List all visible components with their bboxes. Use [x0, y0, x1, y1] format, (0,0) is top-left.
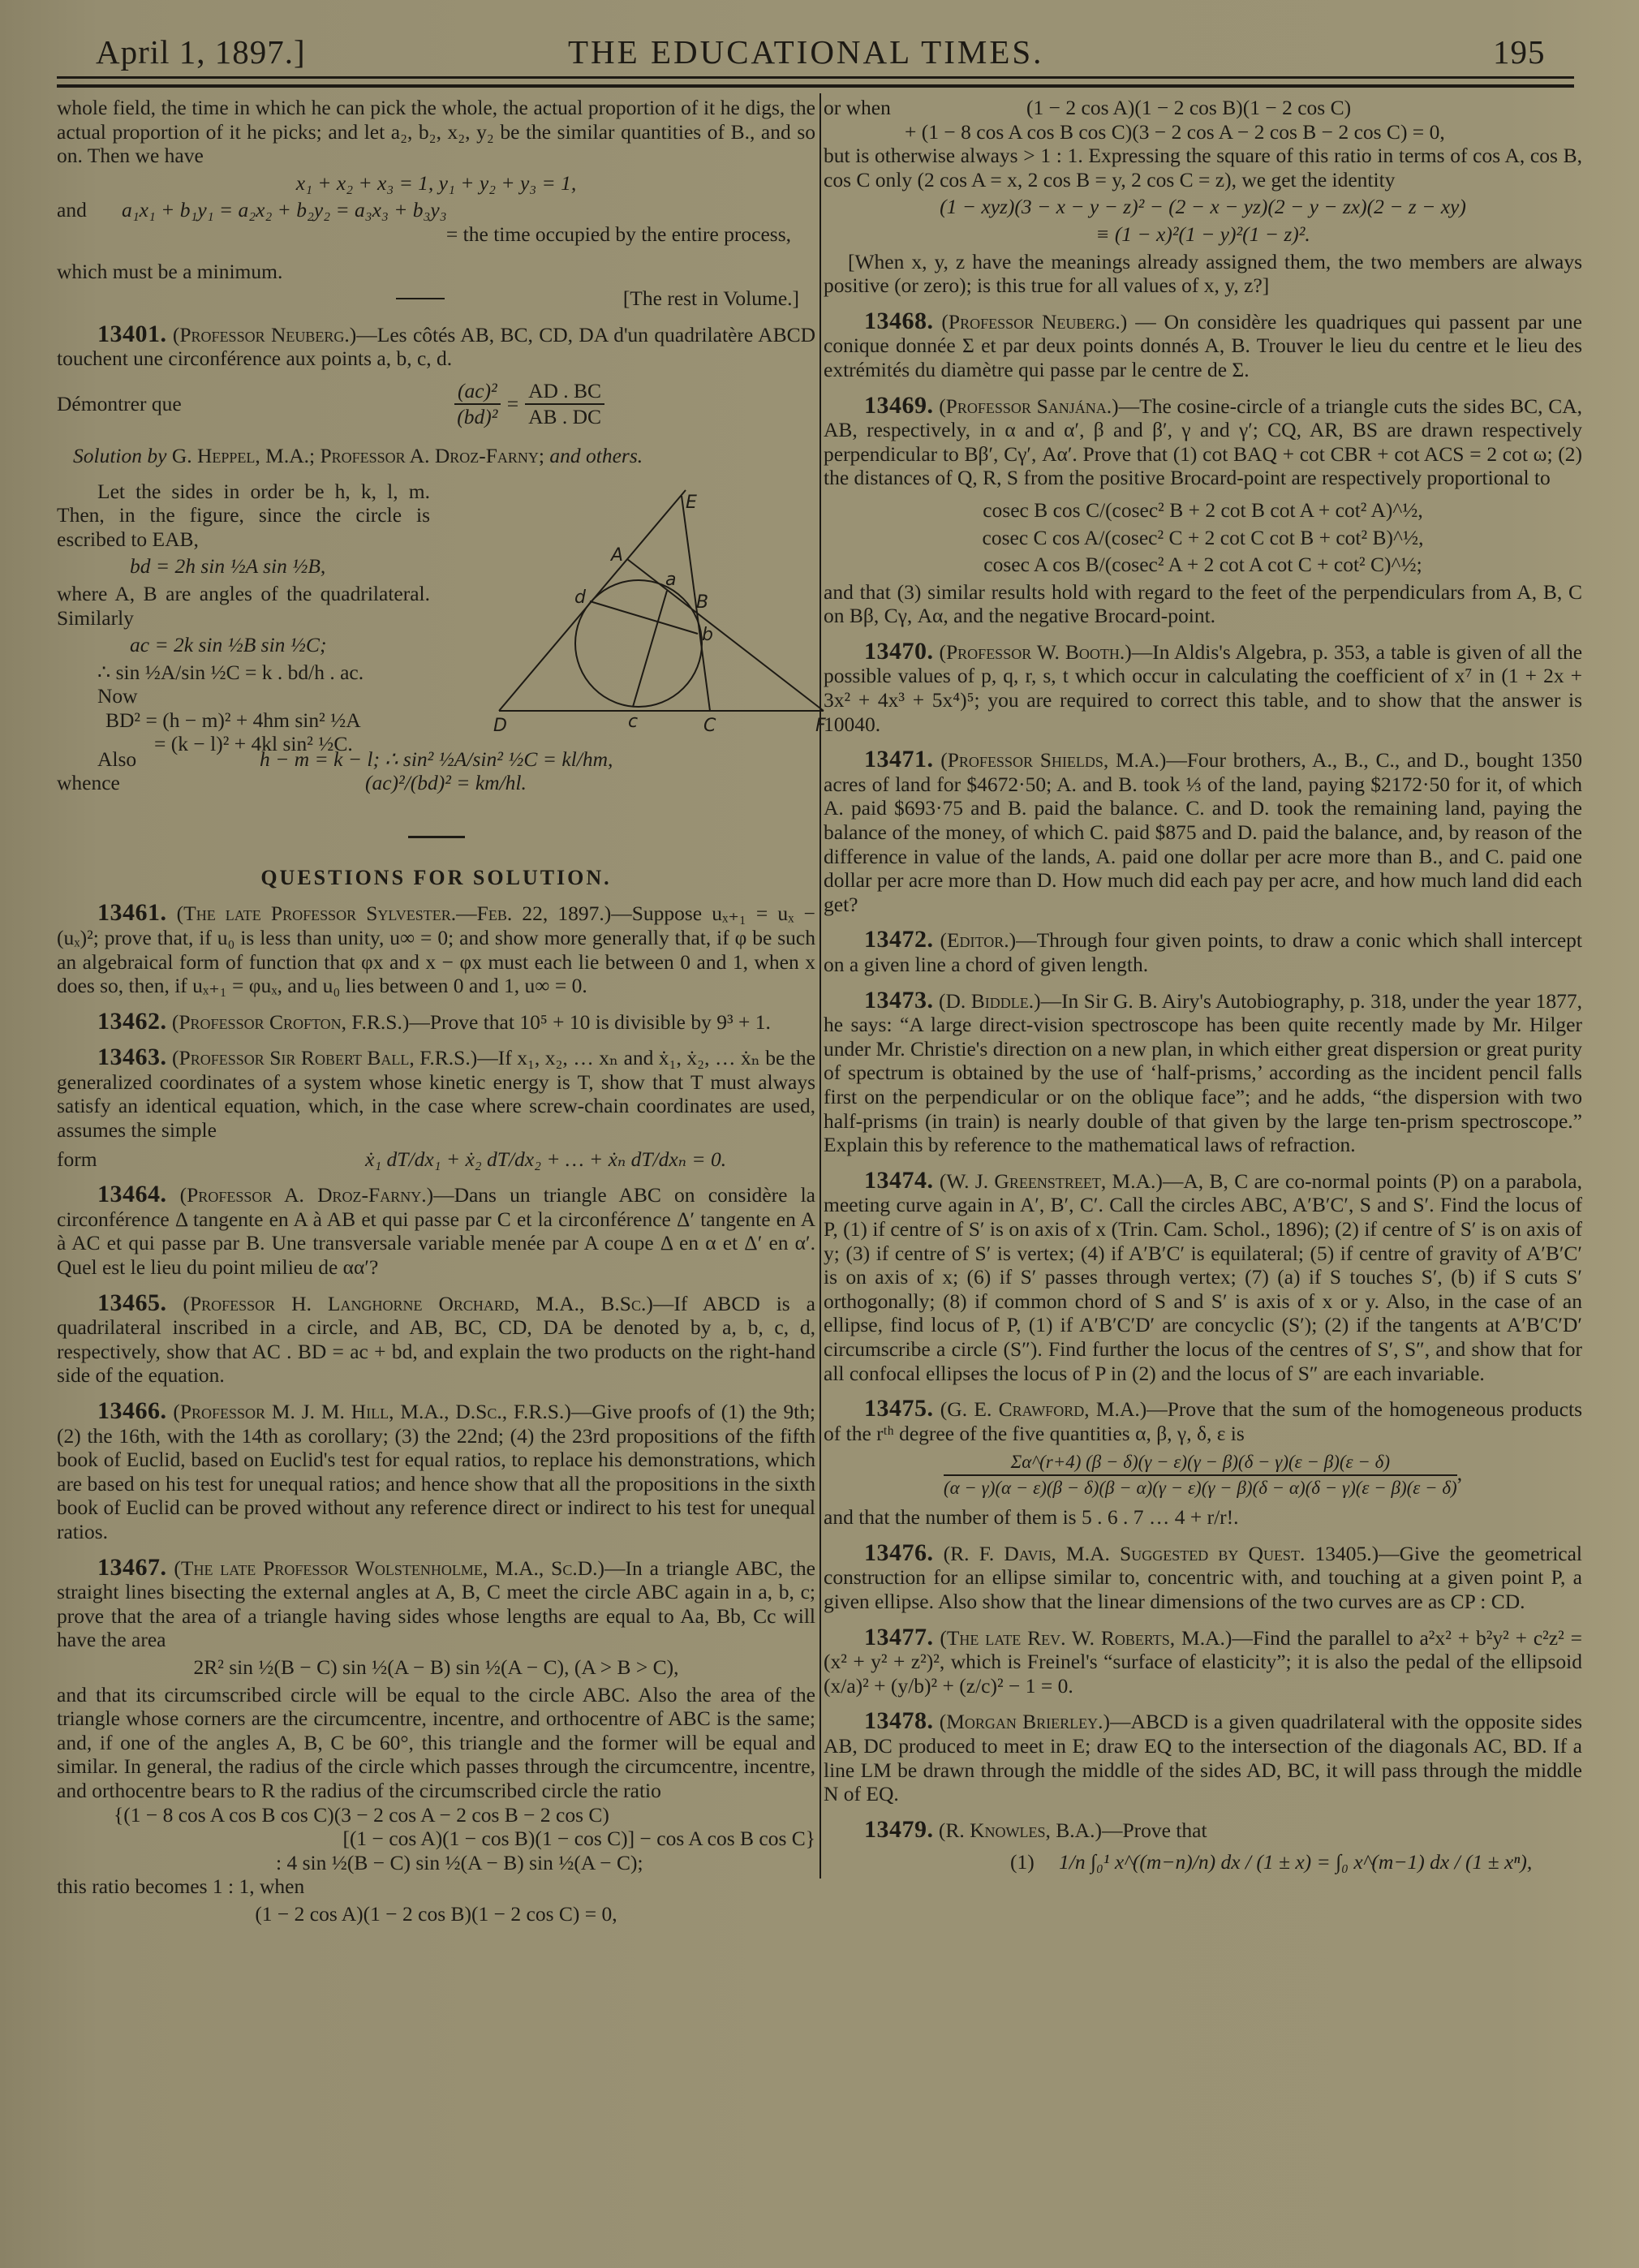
formula-label: Démontrer que [57, 392, 454, 416]
issue-date: April 1, 1897.] [96, 32, 306, 71]
question-13469: 13469. (Professor Sanjána.)—The cosine-c… [824, 394, 1582, 628]
question-13475: 13475. (G. E. Crawford, M.A.)—Prove that… [824, 1397, 1582, 1530]
right-column: or when (1 − 2 cos A)(1 − 2 cos B)(1 − 2… [824, 96, 1582, 1874]
bracket-note: [When x, y, z have the meanings already … [824, 250, 1582, 298]
question-13471: 13471. (Professor Shields, M.A.)—Four br… [824, 747, 1582, 916]
svg-text:B: B [696, 592, 708, 613]
svg-text:a: a [665, 570, 676, 590]
equation: a₁x₁ + b₁y₁ = a₂x₂ + b₂y₂ = a₃x₃ + b₃y₃ [122, 198, 447, 222]
equation-continuation: = the time occupied by the entire proces… [57, 222, 791, 247]
publication-title: THE EDUCATIONAL TIMES. [568, 32, 1043, 71]
question-13473: 13473. (D. Biddle.)—In Sir G. B. Airy's … [824, 988, 1582, 1157]
question-13465: 13465. (Professor H. Langhorne Orchard, … [57, 1291, 815, 1388]
question-13401: 13401. (Professor Neuberg.)—Les côtés AB… [57, 322, 815, 429]
question-13470: 13470. (Professor W. Booth.)—In Aldis's … [824, 639, 1582, 736]
column-divider [819, 93, 821, 1879]
equation-row: and a₁x₁ + b₁y₁ = a₂x₂ + b₂y₂ = a₃x₃ + b… [57, 198, 815, 222]
header-rule-thick [57, 84, 1574, 88]
equation-label: and [57, 198, 122, 222]
formula: ẋ₁ dT/dx₁ + ẋ₂ dT/dx₂ + … + ẋₙ dT/dxₙ = … [365, 1147, 726, 1172]
section-rule [408, 836, 465, 838]
question-text: —Les côtés AB, BC, CD, DA d'un quadrilat… [57, 323, 815, 371]
header-rule-thin [57, 76, 1574, 79]
equation: x₁ + x₂ + x₃ = 1, y₁ + y₂ + y₃ = 1, [57, 171, 815, 196]
question-number: 13401. [97, 321, 167, 347]
formula: 1/n ∫₀¹ x^((m−n)/n) dx / (1 ± x) = ∫₀ x^… [1059, 1850, 1532, 1874]
continued-paragraph: whole field, the time in which he can pi… [57, 96, 815, 168]
svg-text:D: D [493, 716, 507, 736]
equation-row: whence (ac)²/(bd)² = km/hl. [57, 771, 815, 795]
short-rule [396, 298, 445, 299]
geometry-figure: E A a d B b D c C F [454, 463, 828, 739]
question-13472: 13472. (Editor.)—Through four given poin… [824, 927, 1582, 976]
question-13468: 13468. (Professor Neuberg.) — On considè… [824, 309, 1582, 382]
svg-text:A: A [609, 545, 623, 566]
question-13478: 13478. (Morgan Brierley.)—ABCD is a give… [824, 1709, 1582, 1805]
solution-text: Let the sides in order be h, k, l, m. Th… [57, 480, 430, 757]
question-13462: 13462. (Professor Crofton, F.R.S.)—Prove… [57, 1009, 815, 1035]
rest-note-row: [The rest in Volume.] [57, 286, 799, 311]
text-line: which must be a minimum. [57, 260, 815, 284]
svg-text:b: b [702, 625, 713, 645]
question-13464: 13464. (Professor A. Droz-Farny.)—Dans u… [57, 1182, 815, 1279]
svg-text:d: d [574, 587, 587, 608]
fraction: Σα^(r+4) (β − δ)(γ − ε)(γ − β)(δ − γ)(ε … [824, 1450, 1582, 1500]
formula-row: Démontrer que (ac)²(bd)² = AD . BCAB . D… [57, 379, 815, 429]
question-13474: 13474. (W. J. Greenstreet, M.A.)—A, B, C… [824, 1168, 1582, 1385]
svg-text:C: C [703, 716, 716, 736]
svg-text:c: c [628, 712, 638, 732]
question-13479: 13479. (R. Knowles, B.A.)—Prove that (1)… [824, 1818, 1582, 1874]
question-13463: 13463. (Professor Sir Robert Ball, F.R.S… [57, 1045, 815, 1171]
question-13467: 13467. (The late Professor Wolstenholme,… [57, 1556, 815, 1926]
section-heading: QUESTIONS FOR SOLUTION. [57, 866, 815, 890]
question-13476: 13476. (R. F. Davis, M.A. Suggested by Q… [824, 1541, 1582, 1614]
question-13466: 13466. (Professor M. J. M. Hill, M.A., D… [57, 1399, 815, 1544]
page-header: April 1, 1897.] THE EDUCATIONAL TIMES. 1… [57, 32, 1574, 73]
solution-with-figure: Let the sides in order be h, k, l, m. Th… [57, 480, 815, 747]
page-number: 195 [1493, 32, 1546, 71]
left-column: whole field, the time in which he can pi… [57, 96, 815, 1929]
fraction: AD . BCAB . DC [525, 379, 604, 429]
question-author: (Professor Neuberg.) [173, 323, 356, 346]
question-13461: 13461. (The late Professor Sylvester.—Fe… [57, 901, 815, 997]
rest-in-volume-note: [The rest in Volume.] [623, 286, 799, 311]
question-13477: 13477. (The late Rev. W. Roberts, M.A.)—… [824, 1625, 1582, 1698]
fraction: (ac)²(bd)² [454, 379, 501, 429]
svg-text:E: E [686, 493, 697, 513]
